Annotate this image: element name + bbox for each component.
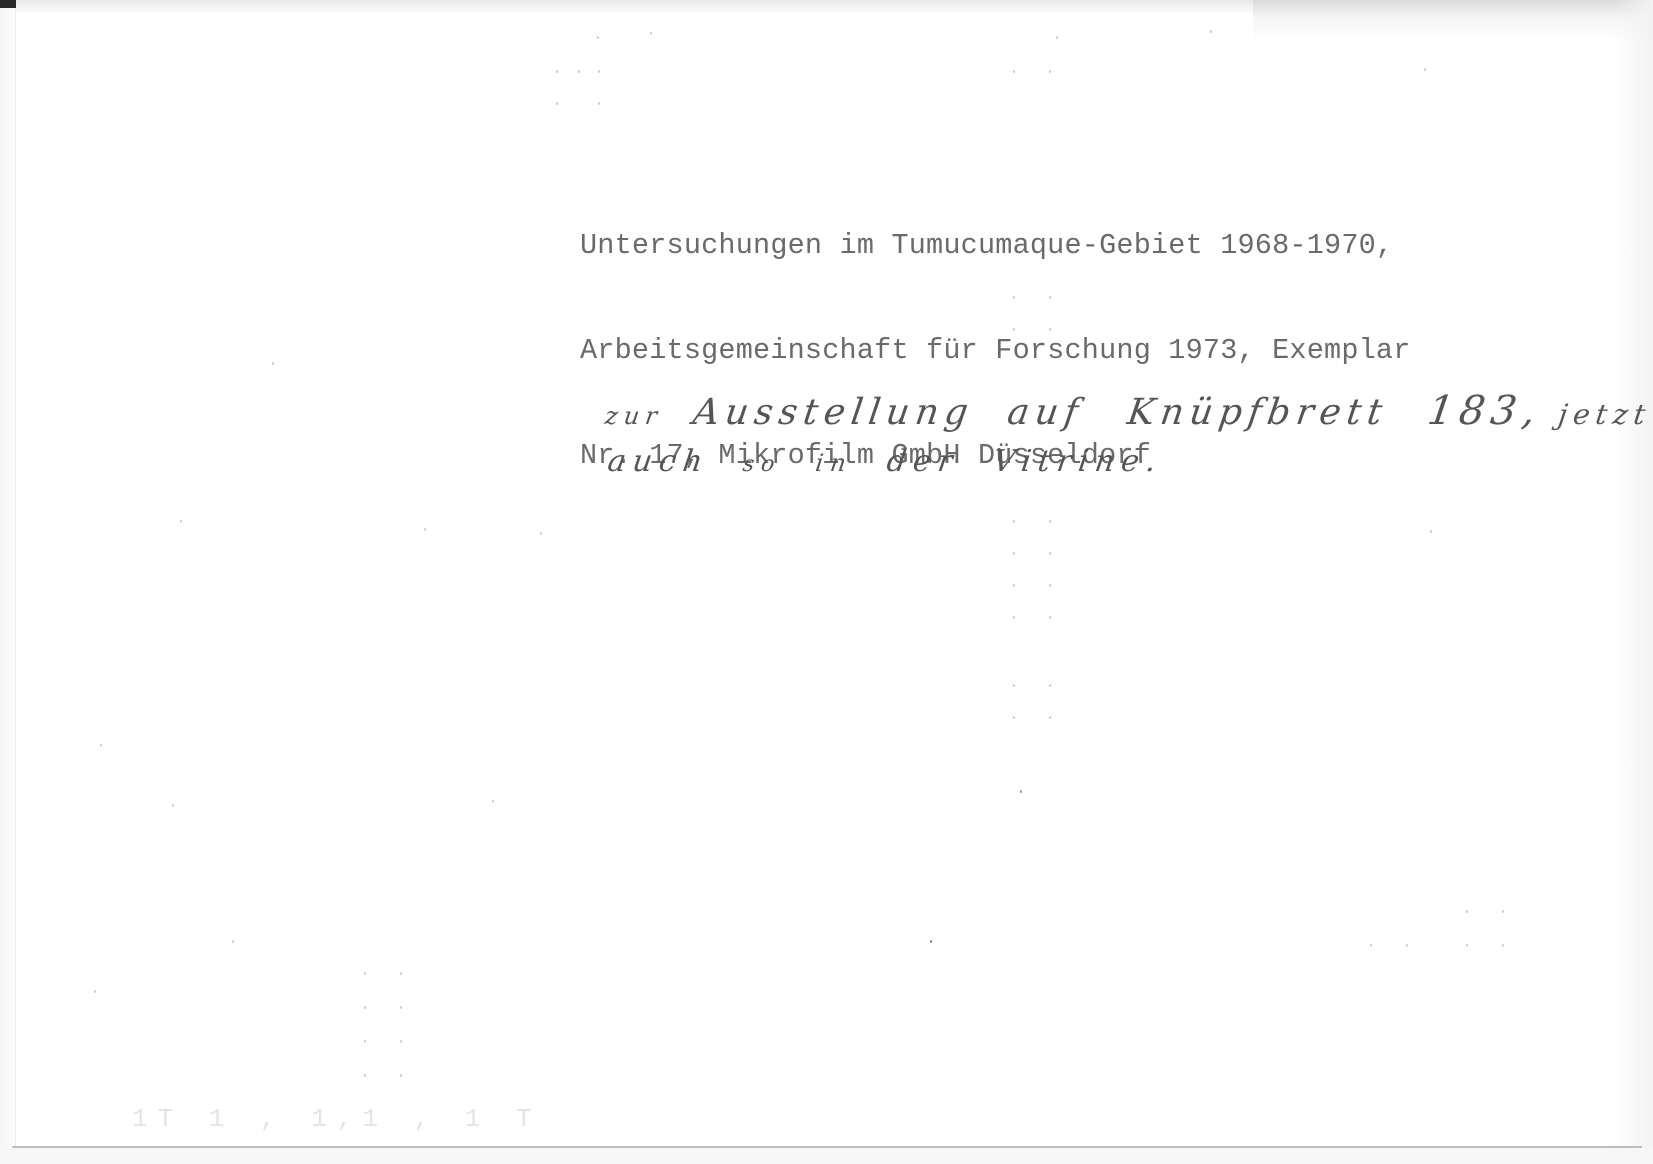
hand-word: auf	[1005, 392, 1087, 433]
left-card-edge	[0, 8, 16, 1148]
handwritten-note-line-2: auchsoinderVitrine.	[606, 444, 1200, 479]
hand-word: in	[814, 449, 855, 477]
typed-reference: Untersuchungen im Tumucumaque-Gebiet 196…	[580, 158, 1411, 543]
hand-word: so	[741, 452, 783, 477]
hand-word: Knüpfbrett	[1125, 392, 1391, 433]
top-right-shadow	[1253, 0, 1653, 40]
hand-word: zur	[603, 402, 665, 430]
bleed-through-digits: 1T 1 , 1,1 , 1 T	[132, 1104, 542, 1134]
typed-line-1: Untersuchungen im Tumucumaque-Gebiet 196…	[580, 228, 1411, 263]
hand-word: der	[885, 444, 962, 479]
hand-word: Vitrine.	[991, 444, 1165, 479]
scanner-background	[0, 1148, 1653, 1164]
hand-word: jetzt	[1556, 398, 1653, 431]
scan-corner-mark	[0, 0, 16, 8]
scanned-index-card: 1T 1 , 1,1 , 1 T Untersuchungen im Tumuc…	[0, 0, 1653, 1164]
hand-word: 183,	[1425, 388, 1545, 434]
hand-word: Ausstellung	[690, 392, 976, 433]
hand-word: auch	[606, 444, 712, 479]
right-edge-shadow	[1613, 0, 1653, 1164]
handwritten-note-line-1: zurAusstellungaufKnüpfbrett183,jetzt	[603, 388, 1653, 434]
typed-line-2: Arbeitsgemeinschaft für Forschung 1973, …	[580, 333, 1411, 368]
